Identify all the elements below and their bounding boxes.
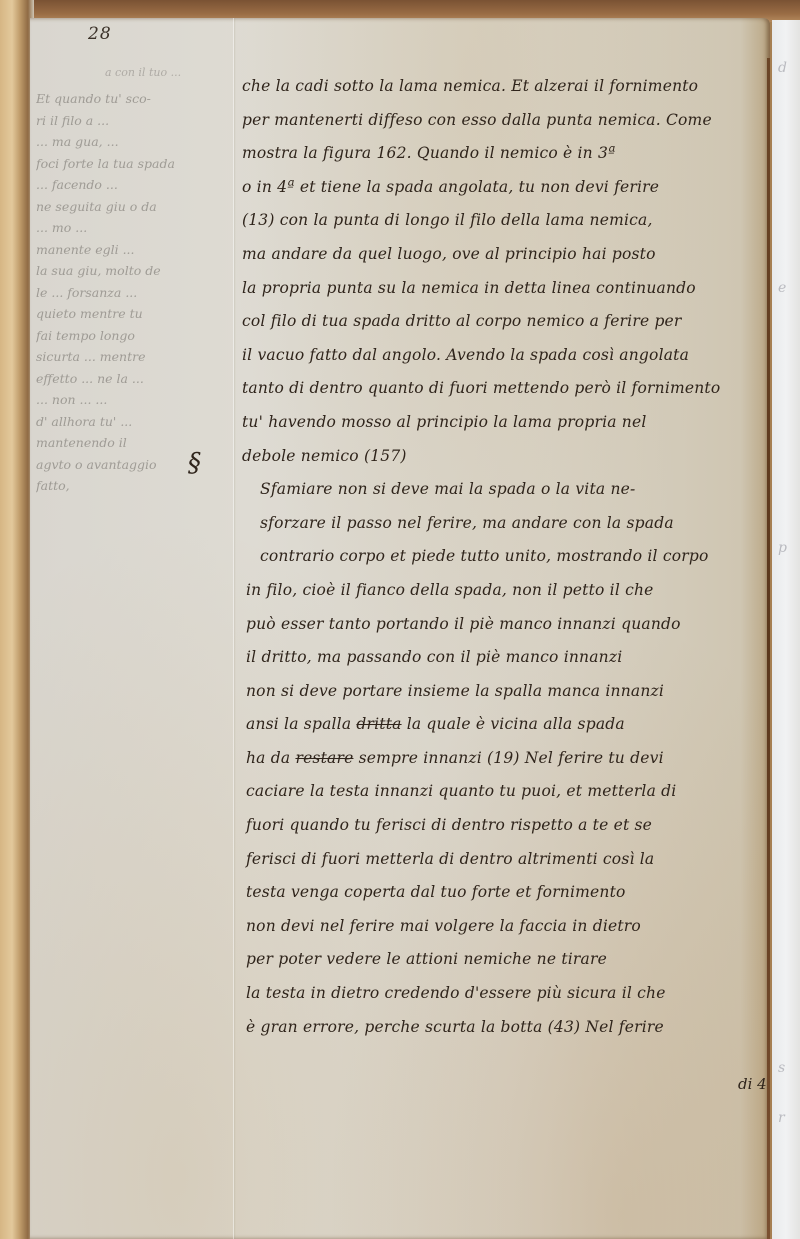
text-line: testa venga coperta dal tuo forte et for…: [242, 876, 770, 910]
margin-note-line: agvto o avantaggio: [36, 454, 234, 476]
text-line: ma andare da quel luogo, ove al principi…: [242, 238, 770, 272]
margin-note-line: ... non ... ...: [36, 389, 234, 411]
text-line: o in 4ª et tiene la spada angolata, tu n…: [242, 171, 770, 205]
margin-note-line: Et quando tu' sco-: [36, 88, 234, 110]
margin-note-line: la sua giu, molto de: [36, 260, 234, 282]
margin-note-line: ri il filo a ...: [36, 110, 234, 132]
text-line: ansi la spalla dritta la quale è vicina …: [242, 708, 770, 742]
text-line: che la cadi sotto la lama nemica. Et alz…: [242, 70, 770, 104]
margin-note-line: ... ma gua, ...: [36, 131, 234, 153]
margin-note-line: ... mo ...: [36, 217, 234, 239]
struck-word: restare: [295, 749, 353, 767]
text-line: ferisci di fuori metterla di dentro altr…: [242, 843, 770, 877]
margin-top-note: a con il tuo ...: [105, 66, 181, 79]
book-edge-left: [0, 0, 34, 1239]
text-line: sforzare il passo nel ferire, ma andare …: [242, 507, 770, 541]
page-number: 28: [88, 24, 112, 44]
text-line: la testa in dietro credendo d'essere più…: [242, 977, 770, 1011]
text-line: in filo, cioè il fianco della spada, non…: [242, 574, 770, 608]
text-line: è gran errore, perche scurta la botta (4…: [242, 1011, 770, 1045]
section-mark: §: [188, 448, 201, 478]
margin-note-line: le ... forsanza ...: [36, 282, 234, 304]
text-line: (13) con la punta di longo il filo della…: [242, 204, 770, 238]
text-line: il vacuo fatto dal angolo. Avendo la spa…: [242, 339, 770, 373]
margin-note-line: d' allhora tu' ...: [36, 411, 234, 433]
text-line: tu' havendo mosso al principio la lama p…: [242, 406, 770, 440]
margin-note-line: effetto ... ne la ...: [36, 368, 234, 390]
text-line: debole nemico (157): [242, 440, 770, 474]
margin-note-line: foci forte la tua spada: [36, 153, 234, 175]
text-line: non si deve portare insieme la spalla ma…: [242, 675, 770, 709]
text-line: caciare la testa innanzi quanto tu puoi,…: [242, 775, 770, 809]
margin-note-line: ... facendo ...: [36, 174, 234, 196]
text-line: mostra la figura 162. Quando il nemico è…: [242, 137, 770, 171]
margin-note-line: sicurta ... mentre: [36, 346, 234, 368]
margin-note-line: mantenendo il: [36, 432, 234, 454]
catchword: di 4: [738, 1075, 767, 1093]
margin-note-line: manente egli ...: [36, 239, 234, 261]
adjacent-page-strip: d e p s r: [772, 20, 800, 1239]
margin-note-line: quieto mentre tu: [36, 303, 234, 325]
ghost-mark: p: [778, 540, 798, 556]
text-line: tanto di dentro quanto di fuori mettendo…: [242, 372, 770, 406]
text-line: per mantenerti diffeso con esso dalla pu…: [242, 104, 770, 138]
text-line: può esser tanto portando il piè manco in…: [242, 608, 770, 642]
text-line: la propria punta su la nemica in detta l…: [242, 272, 770, 306]
margin-note-line: fai tempo longo: [36, 325, 234, 347]
photo-stage: d e p s r 28 a con il tuo ... Et quando …: [0, 0, 800, 1239]
text-line: per poter vedere le attioni nemiche ne t…: [242, 943, 770, 977]
text-line: ha da restare sempre innanzi (19) Nel fe…: [242, 742, 770, 776]
manuscript-page: 28 a con il tuo ... Et quando tu' sco- r…: [30, 18, 770, 1239]
text-line: non devi nel ferire mai volgere la facci…: [242, 910, 770, 944]
ghost-mark: r: [778, 1110, 798, 1126]
ghost-mark: s: [778, 1060, 798, 1076]
main-text-block: che la cadi sotto la lama nemica. Et alz…: [242, 70, 770, 1044]
text-line: fuori quando tu ferisci di dentro rispet…: [242, 809, 770, 843]
margin-notes: Et quando tu' sco- ri il filo a ... ... …: [36, 88, 234, 497]
ghost-mark: e: [778, 280, 798, 296]
text-line: contrario corpo et piede tutto unito, mo…: [242, 540, 770, 574]
ghost-mark: d: [778, 60, 798, 76]
text-line: Sfamiare non si deve mai la spada o la v…: [242, 473, 770, 507]
margin-note-line: ne seguita giu o da: [36, 196, 234, 218]
text-line: il dritto, ma passando con il piè manco …: [242, 641, 770, 675]
text-line: col filo di tua spada dritto al corpo ne…: [242, 305, 770, 339]
margin-note-line: fatto,: [36, 475, 234, 497]
struck-word: dritta: [356, 715, 401, 733]
